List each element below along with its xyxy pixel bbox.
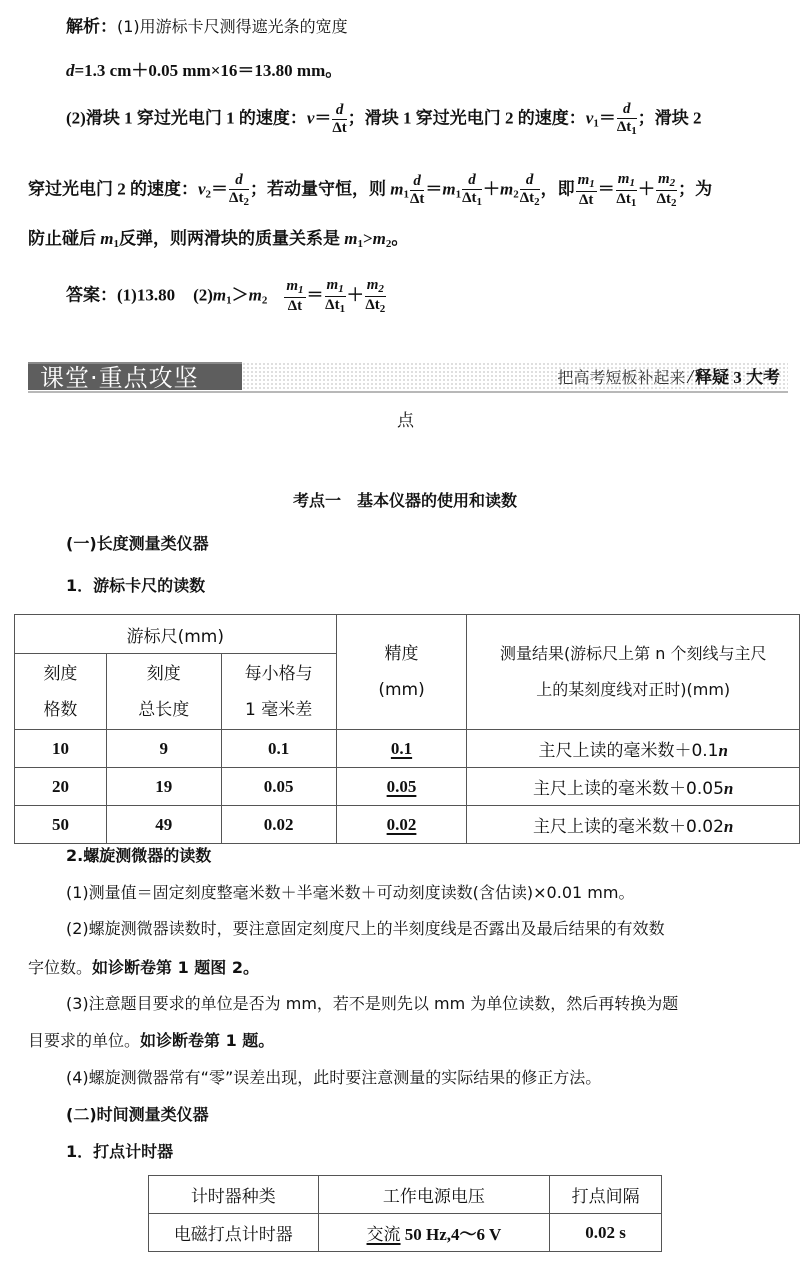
fraction-m2-dt2: m2Δt2 xyxy=(365,278,386,315)
header-result: 测量结果(游标尺上第 n 个刻线与主尺上的某刻度线对正时)(mm) xyxy=(467,615,800,730)
analysis-text: (1)用游标卡尺测得遮光条的宽度 xyxy=(117,17,348,36)
micrometer-p3b: 目要求的单位。如诊断卷第 1 题。 xyxy=(28,1030,274,1052)
banner-title: 课堂·重点攻坚 xyxy=(28,362,242,390)
header-vernier-group: 游标尺(mm) xyxy=(15,615,337,654)
fraction-d-dt1: dΔt1 xyxy=(462,173,482,208)
width-formula: =1.3 cm＋0.05 mm×16＝13.80 mm。 xyxy=(75,61,343,80)
analysis-part2-line1: (2)滑块 1 穿过光电门 1 的速度：v＝dΔt；滑块 1 穿过光电门 2 的… xyxy=(66,102,701,137)
fraction-d-dt1: dΔt1 xyxy=(617,102,637,137)
analysis-part2-line3: 防止碰后 m1反弹，则两滑块的质量关系是 m1>m2。 xyxy=(28,228,408,255)
part2-end: ；滑块 2 xyxy=(638,108,702,127)
micrometer-p2b: 字位数。如诊断卷第 1 题图 2。 xyxy=(28,957,259,979)
header-divisions: 刻度格数 xyxy=(15,654,107,730)
header-precision: 精度(mm) xyxy=(336,615,467,730)
timer-type: 电磁打点计时器 xyxy=(149,1214,319,1252)
banner-overflow-char: 点 xyxy=(397,410,414,432)
micrometer-p3a: (3)注意题目要求的单位是否为 mm，若不是则先以 mm 为单位读数，然后再转换… xyxy=(66,993,678,1015)
fraction-d-dt: dΔt xyxy=(332,103,346,136)
header-diff: 每小格与1 毫米差 xyxy=(221,654,336,730)
item-vernier: 1．游标卡尺的读数 xyxy=(66,575,205,597)
vernier-table: 游标尺(mm) 精度(mm) 测量结果(游标尺上第 n 个刻线与主尺上的某刻度线… xyxy=(14,614,800,844)
fraction-d-dt: dΔt xyxy=(410,174,424,207)
var-d: d xyxy=(66,61,75,80)
subsection-length: (一)长度测量类仪器 xyxy=(66,533,209,555)
fraction-m1-dt: m1Δt xyxy=(576,173,597,208)
fraction-m1-dt1: m1Δt1 xyxy=(325,278,346,315)
part2-mid: ；滑块 1 穿过光电门 2 的速度： xyxy=(348,108,586,127)
answer-2: (2) xyxy=(193,285,213,304)
momentum-text: ；若动量守恒，则 xyxy=(250,179,390,198)
analysis-label: 解析： xyxy=(66,17,117,37)
header-interval: 打点间隔 xyxy=(550,1176,662,1214)
item-timer: 1．打点计时器 xyxy=(66,1141,173,1163)
fraction-d-dt2: dΔt2 xyxy=(229,173,249,208)
precision-value: 0.1 xyxy=(336,730,467,768)
banner-underline xyxy=(28,391,788,393)
micrometer-p2a: (2)螺旋测微器读数时，要注意固定刻度尺上的半刻度线是否露出及最后结果的有效数 xyxy=(66,918,665,940)
item-micrometer: 2.螺旋测微器的读数 xyxy=(66,845,211,867)
answer-line: 答案：(1)13.80(2)m1＞m2m1Δt＝m1Δt1＋m2Δt2 xyxy=(66,278,387,315)
precision-value: 0.05 xyxy=(336,768,467,806)
table-row: 50 49 0.02 0.02 主尺上读的毫米数＋0.02n xyxy=(15,806,800,844)
micrometer-p1: (1)测量值＝固定刻度整毫米数＋半毫米数＋可动刻度读数(含估读)×0.01 mm… xyxy=(66,882,634,904)
micrometer-p4: (4)螺旋测微器常有“零”误差出现，此时要注意测量的实际结果的修正方法。 xyxy=(66,1067,601,1089)
table-row: 20 19 0.05 0.05 主尺上读的毫米数＋0.05n xyxy=(15,768,800,806)
answer-label: 答案： xyxy=(66,285,117,305)
answer-1: (1)13.80 xyxy=(117,285,175,304)
banner-subtitle: 把高考短板补起来/释疑 3 大考 xyxy=(557,365,780,390)
timer-table: 计时器种类 工作电源电压 打点间隔 电磁打点计时器 交流 50 Hz,4～6 V… xyxy=(148,1175,662,1252)
analysis-part2-line2: 穿过光电门 2 的速度：v2＝dΔt2；若动量守恒，则 m1dΔt＝m1dΔt1… xyxy=(28,172,712,209)
header-total-length: 刻度总长度 xyxy=(106,654,221,730)
fraction-m2-dt2: m2Δt2 xyxy=(656,172,677,209)
fraction-m1-dt1: m1Δt1 xyxy=(616,172,637,209)
fraction-d-dt2: dΔt2 xyxy=(520,173,540,208)
table-row: 电磁打点计时器 交流 50 Hz,4～6 V 0.02 s xyxy=(149,1214,662,1252)
section-banner: 课堂·重点攻坚 把高考短板补起来/释疑 3 大考 xyxy=(28,362,788,392)
line2-start: 穿过光电门 2 的速度： xyxy=(28,179,198,198)
timer-voltage: 交流 50 Hz,4～6 V xyxy=(318,1214,550,1252)
header-voltage: 工作电源电压 xyxy=(318,1176,550,1214)
header-timer-type: 计时器种类 xyxy=(149,1176,319,1214)
fraction-m1-dt: m1Δt xyxy=(284,279,305,314)
analysis-line-2: d=1.3 cm＋0.05 mm×16＝13.80 mm。 xyxy=(66,60,342,82)
timer-interval: 0.02 s xyxy=(550,1214,662,1252)
eq: ＝ xyxy=(314,108,331,127)
subsection-time: (二)时间测量类仪器 xyxy=(66,1104,209,1126)
part2-intro: (2)滑块 1 穿过光电门 1 的速度： xyxy=(66,108,307,127)
analysis-line-1: 解析：(1)用游标卡尺测得遮光条的宽度 xyxy=(66,16,348,38)
table-row: 10 9 0.1 0.1 主尺上读的毫米数＋0.1n xyxy=(15,730,800,768)
var-v2: v xyxy=(198,179,206,198)
section-heading: 考点一 基本仪器的使用和读数 xyxy=(0,490,810,512)
precision-value: 0.02 xyxy=(336,806,467,844)
